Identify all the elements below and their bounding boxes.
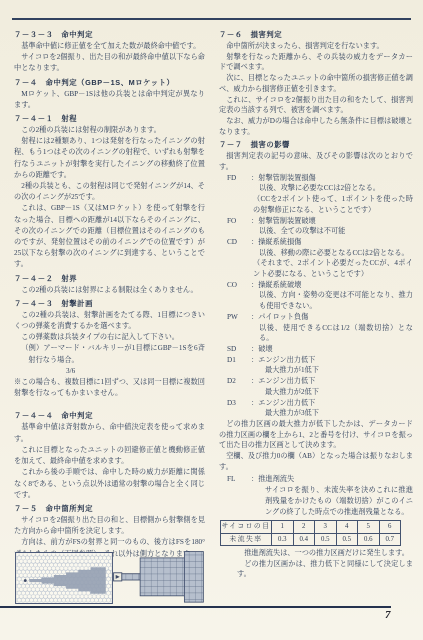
paragraph: この2種の兵装には射程の制限があります。	[14, 125, 205, 136]
damage-effect: 以後、攻撃に必要なCCは2倍となる。	[259, 183, 413, 194]
section-heading: ７－４－３ 射撃計画	[14, 298, 205, 309]
damage-code-head: FO ：射撃管制装置破壊	[227, 216, 413, 227]
paragraph: サイコロを2個振り出た目の和と、目標側から射撃側を見た方向から命中箇所を決定しま…	[14, 515, 205, 537]
section-7-3-3: ７－３－３ 命中判定 基準命中値に修正値を全て加えた数が最終命中値です。 サイコ…	[14, 29, 205, 75]
paragraph: Mロケット、GBP－1Sは他の兵装とは命中判定が異なります。	[14, 89, 205, 111]
damage-code: FD	[227, 173, 251, 184]
damage-effect: 最大推力が3低下	[265, 408, 413, 419]
table-cell: 2	[293, 521, 315, 533]
damage-effect: サイコロを振り、未流失率を決めこれに推進剤残量をかけたもの（端数切捨）がこのイニ…	[265, 485, 413, 517]
paragraph: なお、威力がDの場合は命中したら無条件に目標は破壊となります。	[219, 116, 413, 137]
damage-effect: 最大推力が2低下	[265, 387, 413, 398]
damage-code-CO: CO ：操縦系統破壊 以後、方向・姿勢の変更は不可能となり、推力も使用できない。	[219, 280, 413, 312]
paragraph: これから後の手順では、命中した時の威力が距離に関係なく8である、という点以外は通…	[14, 467, 205, 501]
left-column: ７－３－３ 命中判定 基準命中値に修正値を全て加えた数が最終命中値です。 サイコ…	[14, 27, 205, 560]
damage-effect-note: （CCを2ポイント使って、1ポイントを使った時の射撃修正になる、ということです）	[253, 194, 413, 215]
damage-code-name: ：操縦系統損傷	[251, 237, 413, 248]
paragraph: 次に、目標となったユニットの命中箇所の損害修正値を調べ、威力から損害修正値を引き…	[219, 73, 413, 94]
damage-effect: 最大推力が1低下	[265, 365, 413, 376]
note-paragraph: ※この場合も、複数目標に1回ずつ、又は同一目標に複数回射撃を行なってもかまいませ…	[14, 377, 205, 399]
table-cell: 1	[272, 521, 294, 533]
damage-code-head: D3 ：エンジン出力低下	[227, 398, 413, 409]
section-heading: ７－４－１ 射程	[14, 113, 205, 124]
table-cell: 0.4	[293, 533, 315, 545]
paragraph: 射撃を行なった距離から、その兵装の威力をデータカードで調べます。	[219, 52, 413, 73]
damage-code-head: D1 ：エンジン出力低下	[227, 355, 413, 366]
damage-code-FO: FO ：射撃管制装置破壊 以後、全ての攻撃は不可能	[219, 216, 413, 237]
section-heading: ７－４－４ 命中判定	[14, 410, 205, 421]
firing-arc-diagrams	[14, 548, 216, 610]
damage-effect: 以後、移動の際に必要となるCCは2倍となる。	[259, 248, 413, 259]
table-row: サイコロの目 1 2 3 4 5 6	[221, 521, 401, 533]
paragraph: 2種の兵装とも、この射程は同じで発射イニングが14、その次のイニングが25です。	[14, 181, 205, 203]
damage-code-PW: PW ：パイロット負傷 以後、使用できるCCは1/2（端数切捨）となる。	[219, 312, 413, 344]
damage-code: FL	[227, 474, 251, 485]
paragraph: サイコロを2個振り、出た目の和が最終命中値以下なら命中となります。	[14, 52, 205, 74]
paragraph: 空欄、及び推力0の欄（AB）となった場合は振りなおします。	[219, 451, 413, 472]
paragraph: どの推力区画かは、推力低下と同様にして決定します。	[237, 559, 413, 580]
section-7-4-4: ７－４－４ 命中判定 基準命中値は斉射数から、命中値決定表を使って求めます。 こ…	[14, 410, 205, 500]
damage-code-name: ：エンジン出力低下	[251, 398, 413, 409]
paragraph: 損害判定表の記号の意味、及びその影響は次のとおりです。	[219, 151, 413, 172]
table-cell: 未流失率	[221, 533, 272, 545]
damage-code: D2	[227, 376, 251, 387]
section-7-4: ７－４ 命中判定（GBP－1S、Mロケット） Mロケット、GBP－1Sは他の兵装…	[14, 77, 205, 111]
damage-code-name: ：エンジン出力低下	[251, 355, 413, 366]
example-ammo-value: 3/6	[66, 366, 205, 377]
table-cell: 6	[379, 521, 401, 533]
damage-code-CD: CD ：操縦系統損傷 以後、移動の際に必要となるCCは2倍となる。 （それまで、…	[219, 237, 413, 280]
page-number: 7	[385, 609, 391, 621]
damage-code: SD	[227, 344, 251, 355]
arc-corridor	[121, 574, 140, 580]
table-cell: 0.6	[358, 533, 380, 545]
section-7-4-3: ７－４－３ 射撃計画 この2種の兵装は、射撃計画をたてる際、1目標につきいくつの…	[14, 298, 205, 400]
paragraph: 基準命中値に修正値を全て加えた数が最終命中値です。	[14, 41, 205, 52]
damage-code-name: ：射撃管制装置破壊	[251, 216, 413, 227]
paragraph: これに、サイコロを2個振り出た目の和をたして、損害判定表の当該する列で、被害を調…	[219, 95, 413, 116]
paragraph: この2種の兵装は、射撃計画をたてる際、1目標につきいくつの弾薬を消費するかを選べ…	[14, 310, 205, 332]
table-cell: 3	[315, 521, 337, 533]
right-column: ７－６ 損害判定 命中箇所が決まったら、損害判定を行ないます。 射撃を行なった距…	[219, 27, 413, 580]
paragraph: 推進剤流失は、一つの推力区画だけに発生します。	[237, 548, 413, 559]
table-cell: サイコロの目	[221, 521, 272, 533]
damage-effect: 以後、使用できるCCは1/2（端数切捨）となる。	[259, 323, 413, 344]
paragraph: これは、GBP－1S（又はMロケット）を使って射撃を行なった場合、目標への距離が…	[14, 203, 205, 270]
section-heading: ７－３－３ 命中判定	[14, 29, 205, 40]
section-heading: ７－４－２ 射界	[14, 273, 205, 284]
damage-code-FL: FL ：推進剤流失 サイコロを振り、未流失率を決めこれに推進剤残量をかけたもの（…	[219, 474, 413, 517]
damage-code-head: SD ：破壊	[227, 344, 413, 355]
section-7-7: ７－７ 損害の影響 損害判定表の記号の意味、及びその影響は次のとおりです。 FD…	[219, 139, 413, 580]
damage-code-head: CO ：操縦系統破壊	[227, 280, 413, 291]
damage-code-name: ：射撃管制装置損傷	[251, 173, 413, 184]
paragraph: 射程には2種類あり、1つは発射を行なったイニングの射程、もう1つはその次のイニン…	[14, 136, 205, 181]
damage-code-head: FL ：推進剤流失	[227, 474, 413, 485]
paragraph: どの推力区画の最大推力が低下したかは、データカードの推力区画の欄を上から1、2と…	[219, 419, 413, 451]
damage-effect-note: （それまで、2ポイント必要だったCCが、4ポイント必要になる、ということです）	[253, 258, 413, 279]
section-7-6: ７－６ 損害判定 命中箇所が決まったら、損害判定を行ないます。 射撃を行なった距…	[219, 29, 413, 137]
fuel-loss-table: サイコロの目 1 2 3 4 5 6 未流失率 0.3 0.4 0.5 0.5	[220, 520, 401, 546]
paragraph: これに目標となったユニットの回避修正値と機動修正値を加えて、最終命中値を求めます…	[14, 445, 205, 467]
square-grid-arc-diagram	[113, 548, 215, 610]
paragraph: この弾薬数は兵装タイプの右に記入して下さい。	[14, 332, 205, 343]
table-cell: 0.5	[336, 533, 358, 545]
damage-code-name: ：推進剤流失	[251, 474, 413, 485]
damage-code-D1: D1 ：エンジン出力低下 最大推力が1低下	[219, 355, 413, 376]
section-heading: ７－５ 命中箇所判定	[14, 503, 205, 514]
damage-code-name: ：操縦系統破壊	[251, 280, 413, 291]
damage-effect: 以後、方向・姿勢の変更は不可能となり、推力も使用できない。	[259, 290, 413, 311]
damage-code-D2: D2 ：エンジン出力低下 最大推力が2低下	[219, 376, 413, 397]
section-7-4-1: ７－４－１ 射程 この2種の兵装には射程の制限があります。 射程には2種類あり、…	[14, 113, 205, 271]
damage-code: CD	[227, 237, 251, 248]
damage-code-head: FD ：射撃管制装置損傷	[227, 173, 413, 184]
table-cell: 4	[336, 521, 358, 533]
section-7-4-2: ７－４－２ 射界 この2種の兵装には射界による制限は全くありません。	[14, 273, 205, 296]
paragraph: 命中箇所が決まったら、損害判定を行ないます。	[219, 41, 413, 52]
paragraph: この2種の兵装には射界による制限は全くありません。	[14, 285, 205, 296]
arc-block	[140, 558, 184, 596]
damage-effect: 以後、全ての攻撃は不可能	[259, 226, 413, 237]
damage-code-head: CD ：操縦系統損傷	[227, 237, 413, 248]
top-rule	[12, 18, 411, 20]
damage-code-head: PW ：パイロット負傷	[227, 312, 413, 323]
damage-code: PW	[227, 312, 251, 323]
firing-unit-marker	[24, 579, 27, 582]
example-paragraph: （例）アーマード・バルキリーが1目標にGBP－1Sを6斉射行なう場合。	[14, 343, 205, 365]
damage-code-name: ：パイロット負傷	[251, 312, 413, 323]
arc-band	[184, 552, 203, 603]
section-heading: ７－７ 損害の影響	[219, 139, 413, 150]
section-heading: ７－６ 損害判定	[219, 29, 413, 40]
rulebook-page: ７－３－３ 命中判定 基準命中値に修正値を全て加えた数が最終命中値です。 サイコ…	[0, 0, 423, 640]
section-heading: ７－４ 命中判定（GBP－1S、Mロケット）	[14, 77, 205, 88]
damage-code-FD: FD ：射撃管制装置損傷 以後、攻撃に必要なCCは2倍となる。 （CCを2ポイン…	[219, 173, 413, 216]
damage-code: CO	[227, 280, 251, 291]
damage-code-name: ：エンジン出力低下	[251, 376, 413, 387]
table-row: 未流失率 0.3 0.4 0.5 0.5 0.6 0.7	[221, 533, 401, 545]
damage-code: D1	[227, 355, 251, 366]
table-cell: 0.3	[272, 533, 294, 545]
table-cell: 0.5	[315, 533, 337, 545]
hex-grid-arc-diagram	[15, 552, 113, 604]
table-cell: 5	[358, 521, 380, 533]
damage-code: FO	[227, 216, 251, 227]
damage-code: D3	[227, 398, 251, 409]
paragraph: 基準命中値は斉射数から、命中値決定表を使って求めます。	[14, 422, 205, 444]
damage-code-SD: SD ：破壊	[219, 344, 413, 355]
damage-code-name: ：破壊	[251, 344, 413, 355]
damage-code-head: D2 ：エンジン出力低下	[227, 376, 413, 387]
bottom-rule	[0, 606, 391, 608]
damage-code-D3: D3 ：エンジン出力低下 最大推力が3低下	[219, 398, 413, 419]
table-cell: 0.7	[379, 533, 401, 545]
